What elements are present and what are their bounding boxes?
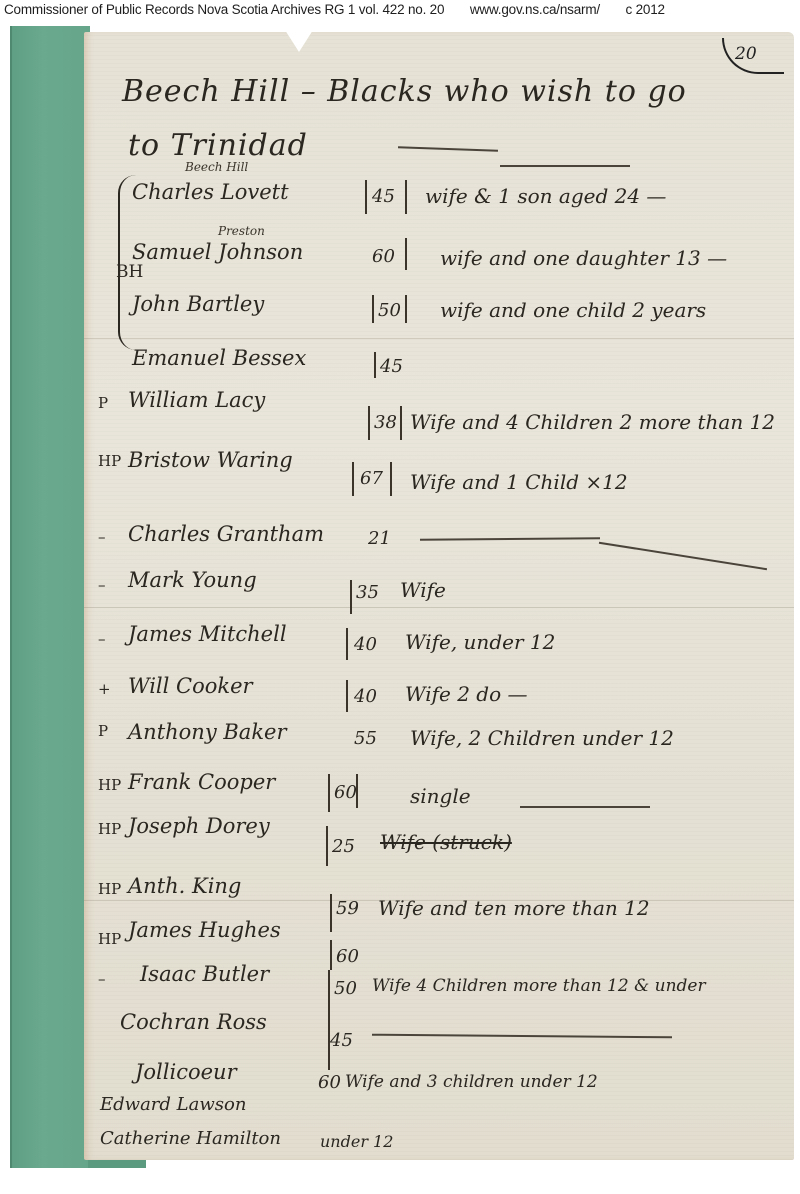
entry-name: James Hughes: [128, 918, 281, 942]
entry-age: 45: [380, 356, 403, 377]
entry-superscript: Beech Hill: [185, 160, 248, 174]
entry-age: 21: [368, 528, 391, 549]
entry-name: John Bartley: [132, 292, 264, 316]
column-divider: [328, 774, 330, 812]
entry-name: Samuel Johnson: [132, 240, 303, 264]
entry-mark: +: [98, 680, 111, 698]
entry-name: Charles Grantham: [128, 522, 324, 546]
group-annotation: BH: [116, 262, 143, 282]
entry-mark: –: [98, 576, 106, 594]
entry-mark: HP: [98, 776, 121, 794]
entry-name: Frank Cooper: [128, 770, 275, 794]
column-divider: [405, 238, 407, 270]
entry-age: 25: [332, 836, 355, 857]
entry-name: Anth. King: [128, 874, 241, 898]
green-backing-tab: [88, 1160, 146, 1168]
column-divider: [346, 680, 348, 712]
entry-name: Mark Young: [128, 568, 257, 592]
entry-age: 67: [360, 468, 383, 489]
entry-mark: P: [98, 722, 108, 740]
entry-note: Wife and 4 Children 2 more than 12: [410, 410, 775, 434]
entry-mark: HP: [98, 930, 121, 948]
column-divider: [400, 406, 402, 440]
entry-name: Catherine Hamilton: [100, 1128, 281, 1149]
entry-name: Isaac Butler: [140, 962, 269, 986]
entry-name: Will Cooker: [128, 674, 253, 698]
green-backing-strip: [10, 26, 90, 1168]
entry-age: 60: [372, 246, 395, 267]
entry-note: under 12: [320, 1132, 393, 1151]
entry-age: 38: [374, 412, 397, 433]
column-divider: [328, 970, 330, 1070]
document-title-line2: to Trinidad: [128, 128, 308, 163]
page-number: 20: [735, 44, 757, 64]
document-title-line1: Beech Hill – Blacks who wish to go: [122, 74, 687, 109]
entry-name: Emanuel Bessex: [132, 346, 306, 370]
column-divider: [326, 826, 328, 866]
entry-note: Wife, 2 Children under 12: [410, 726, 674, 750]
entry-mark: HP: [98, 820, 121, 838]
entry-mark: HP: [98, 452, 121, 470]
column-divider: [356, 774, 358, 808]
entry-mark: P: [98, 394, 108, 412]
entry-note: Wife: [400, 578, 446, 602]
entry-age: 60: [336, 946, 359, 967]
entry-note: wife and one child 2 years: [440, 298, 706, 322]
entry-age: 40: [354, 634, 377, 655]
column-divider: [390, 462, 392, 496]
entry-note: Wife 4 Children more than 12 & under: [372, 976, 706, 996]
column-divider: [368, 406, 370, 440]
column-divider: [365, 180, 367, 214]
entry-name: Bristow Waring: [128, 448, 293, 472]
column-divider: [330, 894, 332, 932]
archive-caption: Commissioner of Public Records Nova Scot…: [4, 2, 796, 22]
entry-note: Wife (struck): [380, 830, 512, 854]
entry-note: Wife and ten more than 12: [378, 896, 650, 920]
entry-note: wife and one daughter 13 —: [440, 246, 727, 270]
entry-name: James Mitchell: [128, 622, 287, 646]
blank-line: [520, 806, 650, 808]
caption-url: www.gov.ns.ca/nsarm/: [470, 2, 600, 17]
paper-tear: [285, 30, 313, 52]
entry-age: 60: [318, 1072, 341, 1093]
entry-name: Edward Lawson: [100, 1094, 246, 1115]
entry-mark: –: [98, 970, 106, 988]
entry-name: Joseph Dorey: [128, 814, 270, 838]
column-divider: [330, 940, 332, 970]
entry-note: Wife and 1 Child ×12: [410, 470, 628, 494]
column-divider: [350, 580, 352, 614]
entry-age: 60: [334, 782, 357, 803]
entry-age: 40: [354, 686, 377, 707]
entry-name: Cochran Ross: [120, 1010, 267, 1034]
entry-name: Charles Lovett: [132, 180, 289, 204]
entry-mark: HP: [98, 880, 121, 898]
entry-mark: –: [98, 630, 106, 648]
fold-line: [84, 338, 794, 339]
column-divider: [405, 295, 407, 323]
entry-age: 55: [354, 728, 377, 749]
entry-name: Anthony Baker: [128, 720, 287, 744]
column-divider: [374, 352, 376, 378]
entry-name: Jollicoeur: [135, 1060, 237, 1084]
entry-superscript: Preston: [218, 224, 265, 238]
entry-note: single: [410, 784, 471, 808]
entry-age: 50: [334, 978, 357, 999]
entry-note: Wife 2 do —: [405, 682, 527, 706]
entry-mark: –: [98, 528, 106, 546]
entry-age: 59: [336, 898, 359, 919]
entry-note: Wife, under 12: [405, 630, 555, 654]
entry-age: 50: [378, 300, 401, 321]
title-underline: [500, 165, 630, 167]
entry-age: 45: [330, 1030, 353, 1051]
fold-line: [84, 607, 794, 608]
entry-age: 35: [356, 582, 379, 603]
column-divider: [372, 295, 374, 323]
column-divider: [352, 462, 354, 496]
entry-note: Wife and 3 children under 12: [345, 1072, 598, 1092]
caption-copyright: c 2012: [625, 2, 664, 17]
entry-note: wife & 1 son aged 24 —: [425, 184, 666, 208]
caption-source: Commissioner of Public Records Nova Scot…: [4, 2, 444, 17]
column-divider: [405, 180, 407, 214]
entry-name: William Lacy: [128, 388, 265, 412]
entry-age: 45: [372, 186, 395, 207]
column-divider: [346, 628, 348, 660]
